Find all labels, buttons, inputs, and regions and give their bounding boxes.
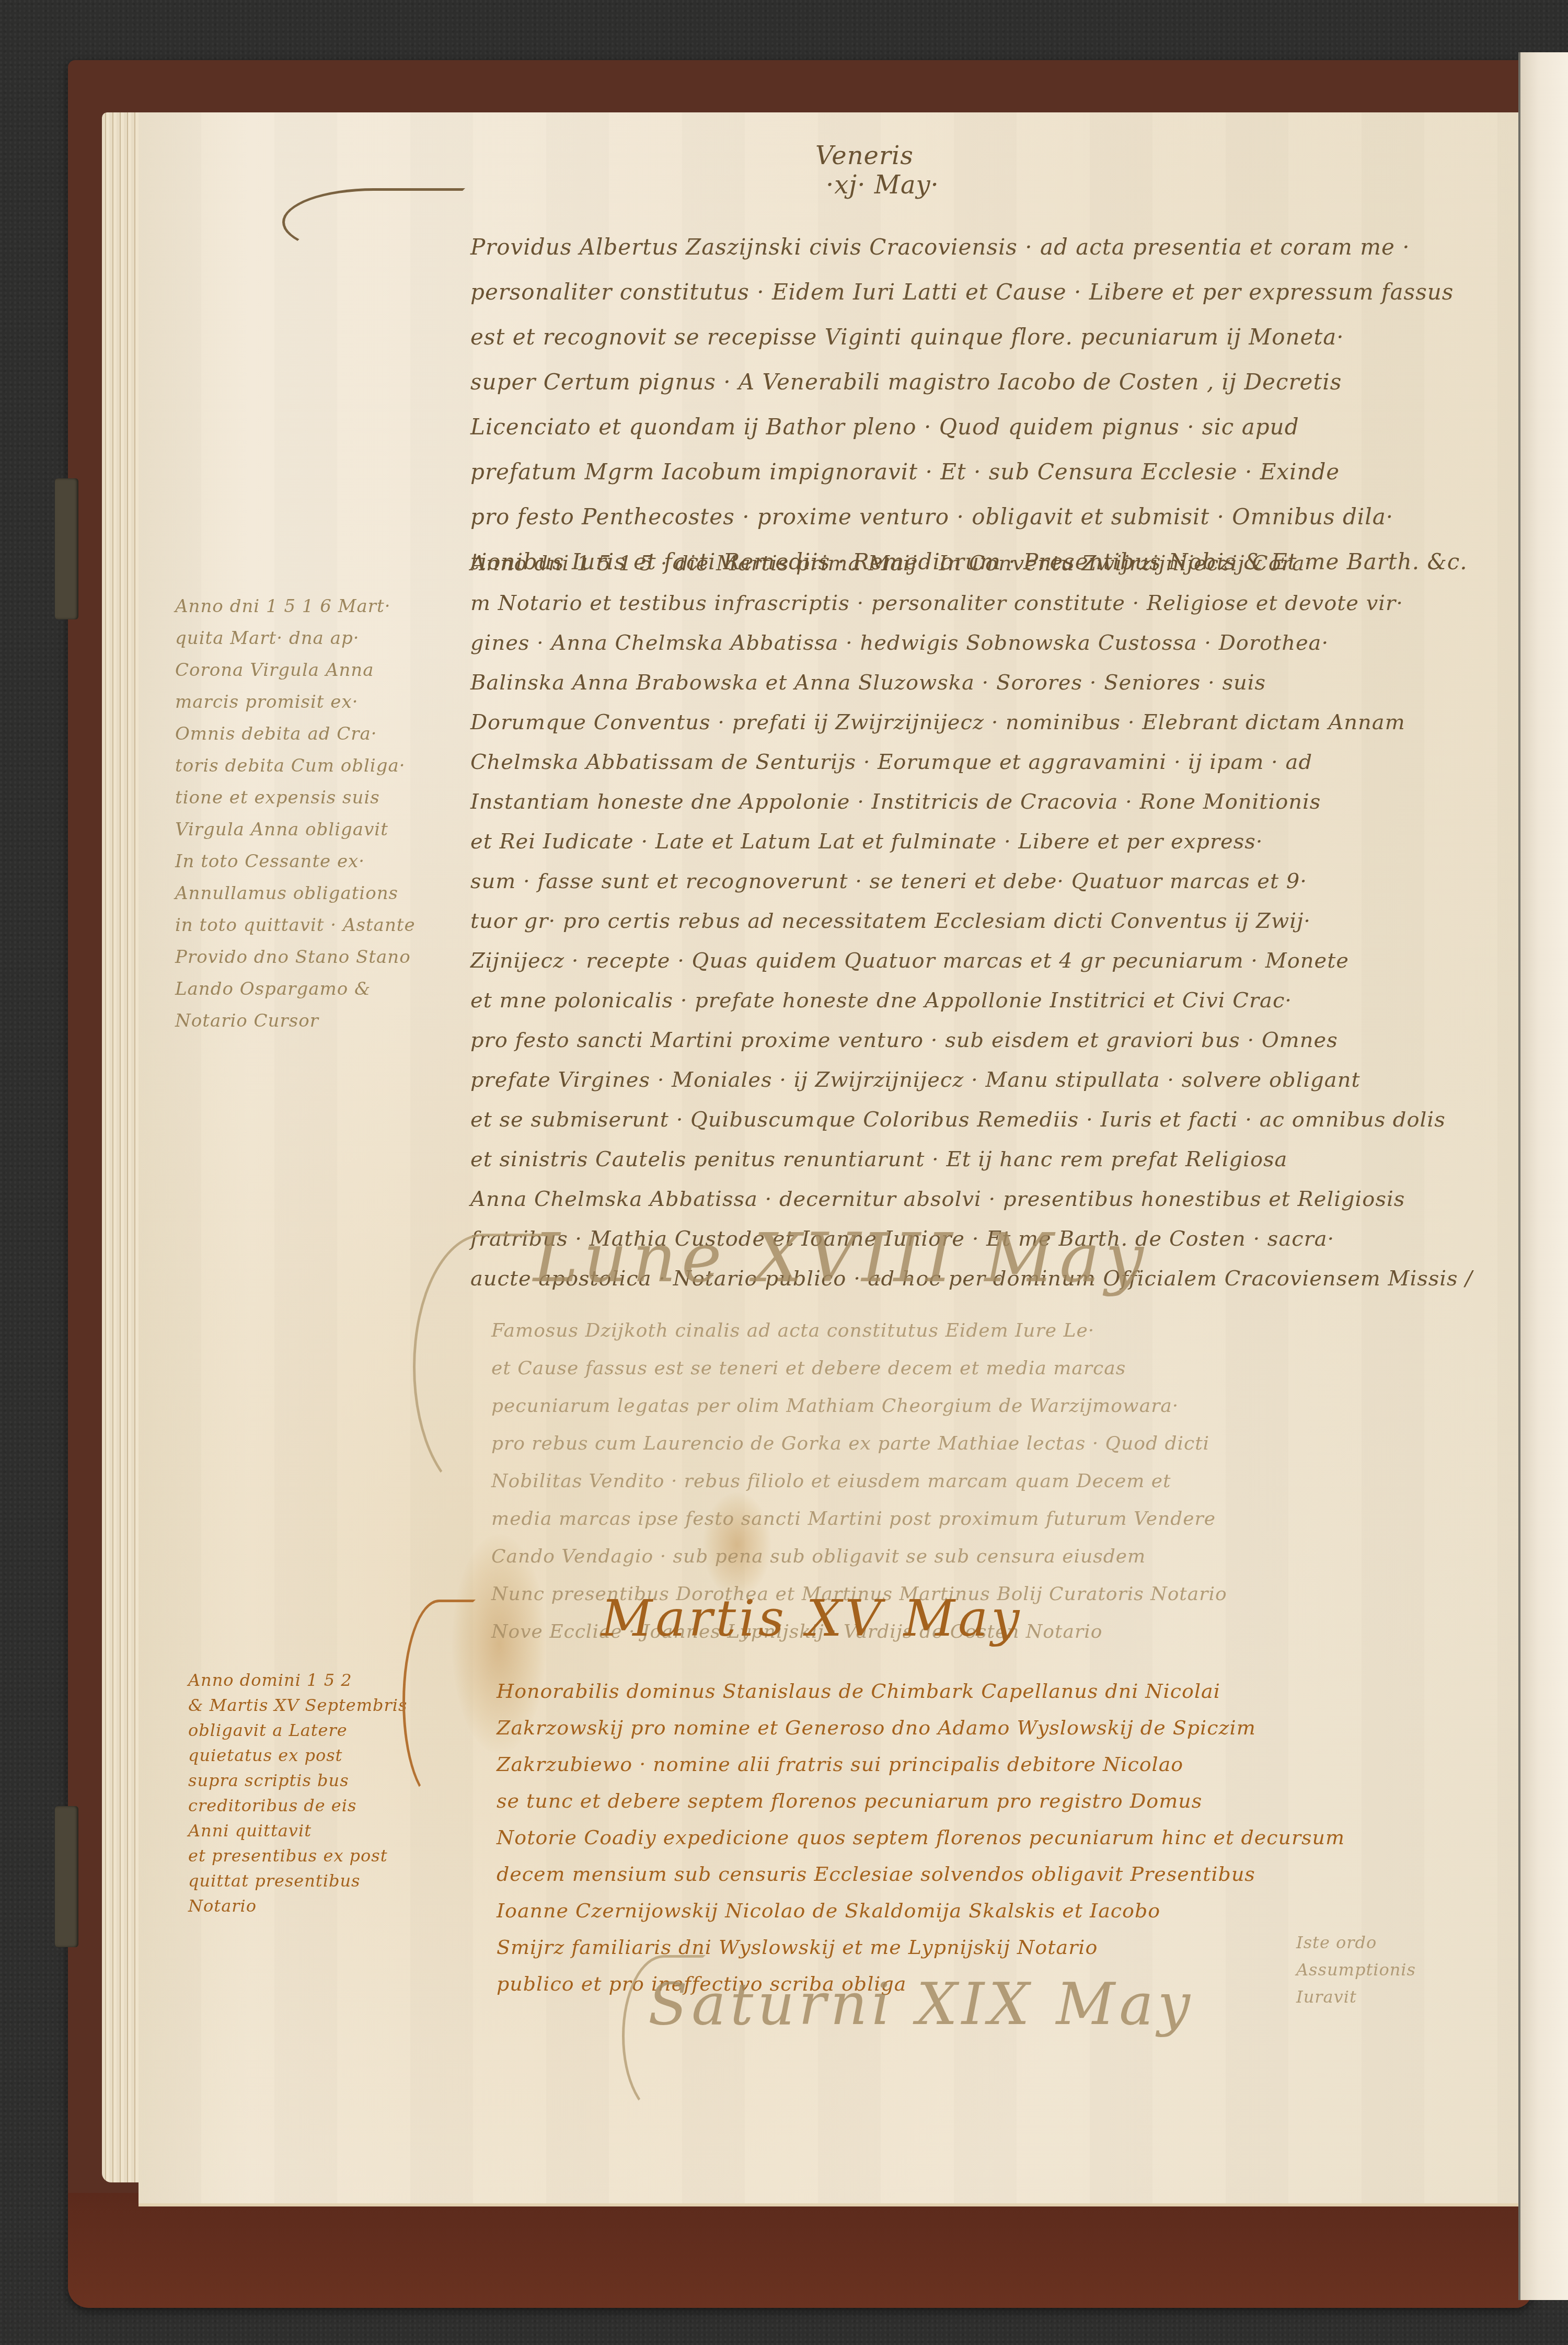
entry-3-heading: Lune XVIII May [533,1218,1149,1297]
entry-line: prefatum Mgrm Iacobum impignoravit · Et … [470,450,1468,495]
clasp-upper [55,478,78,619]
entry-line: personaliter constitutus · Eidem Iuri La… [470,270,1468,315]
entry-4-heading: Martis XV May [601,1589,1022,1648]
margin-note-1: Anno dni 1 5 1 6 Mart· quita Mart· dna a… [175,591,416,1037]
entry-line: super Certum pignus · A Venerabili magis… [470,360,1468,405]
side-note-line: Iuravit [1296,1983,1416,2010]
entry-line: Zijnijecz · recepte · Quas quidem Quatuo… [470,941,1473,981]
facing-page-edge [1518,52,1568,2300]
date-heading-day: ·xj· May· [826,170,939,200]
entry-5-initial-flourish [622,1955,706,2117]
entry-line: pro rebus cum Laurencio de Gorka ex part… [491,1425,1227,1463]
margin-line: Corona Virgula Anna [175,654,416,686]
entry-line: pecuniarum legatas per olim Mathiam Cheo… [491,1387,1227,1425]
entry-line: Dorumque Conventus · prefati ij Zwijrzij… [470,703,1473,742]
margin-line: toris debita Cum obliga· [175,750,416,782]
entry-line: pro festo sancti Martini proxime venturo… [470,1020,1473,1060]
margin-note-2: Anno domini 1 5 2 & Martis XV Septembris… [188,1668,407,1918]
entry-line: prefate Virgines · Moniales · ij Zwijrzi… [470,1060,1473,1100]
entry-line: Notorie Coadiy expedicione quos septem f… [497,1819,1345,1856]
margin-line: Omnis debita ad Cra· [175,718,416,750]
date-heading-top: Veneris ·xj· May· [815,141,939,200]
margin-line: Annullamus obligations [175,878,416,910]
entry-line: Providus Albertus Zaszijnski civis Craco… [470,225,1468,270]
date-heading-weekday: Veneris [815,141,939,170]
entry-line: et se submiserunt · Quibuscumque Colorib… [470,1100,1473,1140]
entry-line: et Cause fassus est se teneri et debere … [491,1350,1227,1387]
entry-line: Smijrz familiaris dni Wyslowskij et me L… [497,1929,1345,1965]
entry-5-side-note: Iste ordo Assumptionis Iuravit [1296,1929,1416,2010]
entry-line: Anna Chelmska Abbatissa · decernitur abs… [470,1179,1473,1219]
margin-line: Provido dno Stano Stano [175,941,416,973]
entry-line: est et recognovit se recepisse Viginti q… [470,315,1468,360]
margin-line: in toto quittavit · Astante [175,910,416,941]
entry-1-text: Providus Albertus Zaszijnski civis Craco… [470,225,1468,584]
entry-line: se tunc et debere septem florenos pecuni… [497,1783,1345,1819]
margin-line: Notario Cursor [175,1005,416,1037]
entry-line: pro festo Penthecostes · proxime venturo… [470,495,1468,539]
margin-line: Anni quittavit [188,1818,407,1843]
margin-line: Virgula Anna obligavit [175,814,416,846]
entry-line: Honorabilis dominus Stanislaus de Chimba… [497,1673,1345,1709]
margin-line: Anno domini 1 5 2 [188,1668,407,1693]
entry-3-initial-flourish [413,1234,554,1500]
entry-line: tuor gr· pro certis rebus ad necessitate… [470,901,1473,941]
margin-line: Notario [188,1893,407,1918]
side-note-line: Iste ordo [1296,1929,1416,1956]
margin-line: marcis promisit ex· [175,686,416,718]
entry-line: gines · Anna Chelmska Abbatissa · hedwig… [470,623,1473,663]
entry-line: et mne polonicalis · prefate honeste dne… [470,981,1473,1020]
margin-line: Anno dni 1 5 1 6 Mart· [175,591,416,623]
entry-line: media marcas ipse festo sancti Martini p… [491,1500,1227,1538]
entry-line: Instantiam honeste dne Appolonie · Insti… [470,782,1473,822]
margin-line: In toto Cessante ex· [175,846,416,878]
entry-line: et Rei Iudicate · Late et Latum Lat et f… [470,822,1473,861]
entry-line: m Notario et testibus infrascriptis · pe… [470,583,1473,623]
margin-line: quittat presentibus [188,1868,407,1893]
entry-1-initial-flourish [282,188,465,256]
entry-line: Chelmska Abbatissam de Senturijs · Eorum… [470,742,1473,782]
clasp-lower [55,1806,78,1947]
entry-line: Zakrzubiewo · nomine alii fratris sui pr… [497,1746,1345,1783]
page-edges [102,112,144,2182]
entry-line: Anno dni 1 5 1 5 · die Martis prima Maij… [470,544,1473,583]
entry-line: Nobilitas Vendito · rebus filiolo et eiu… [491,1463,1227,1500]
entry-line: Zakrzowskij pro nomine et Generoso dno A… [497,1709,1345,1746]
entry-line: Balinska Anna Brabowska et Anna Sluzowsk… [470,663,1473,703]
side-note-line: Assumptionis [1296,1956,1416,1983]
margin-line: obligavit a Latere [188,1718,407,1743]
entry-line: Cando Vendagio · sub pena sub obligavit … [491,1538,1227,1576]
entry-line: Ioanne Czernijowskij Nicolao de Skaldomi… [497,1892,1345,1929]
margin-line: supra scriptis bus [188,1768,407,1793]
margin-line: Lando Ospargamo & [175,973,416,1005]
entry-line: Famosus Dzijkoth cinalis ad acta constit… [491,1312,1227,1350]
entry-5-heading: Saturni XIX May [648,1971,1194,2038]
entry-line: et sinistris Cautelis penitus renuntiaru… [470,1140,1473,1179]
margin-line: et presentibus ex post [188,1843,407,1868]
entry-4-initial-flourish [402,1600,476,1803]
margin-line: quita Mart· dna ap· [175,623,416,654]
entry-line: Licenciato et quondam ij Bathor pleno · … [470,405,1468,450]
entry-line: sum · fasse sunt et recognoverunt · se t… [470,861,1473,901]
entry-4-text: Honorabilis dominus Stanislaus de Chimba… [497,1673,1345,2002]
entry-line: decem mensium sub censuris Ecclesiae sol… [497,1856,1345,1892]
entry-2-text: Anno dni 1 5 1 5 · die Martis prima Maij… [470,544,1473,1298]
margin-line: tione et expensis suis [175,782,416,814]
margin-line: quietatus ex post [188,1743,407,1768]
margin-line: & Martis XV Septembris [188,1693,407,1718]
margin-line: creditoribus de eis [188,1793,407,1818]
